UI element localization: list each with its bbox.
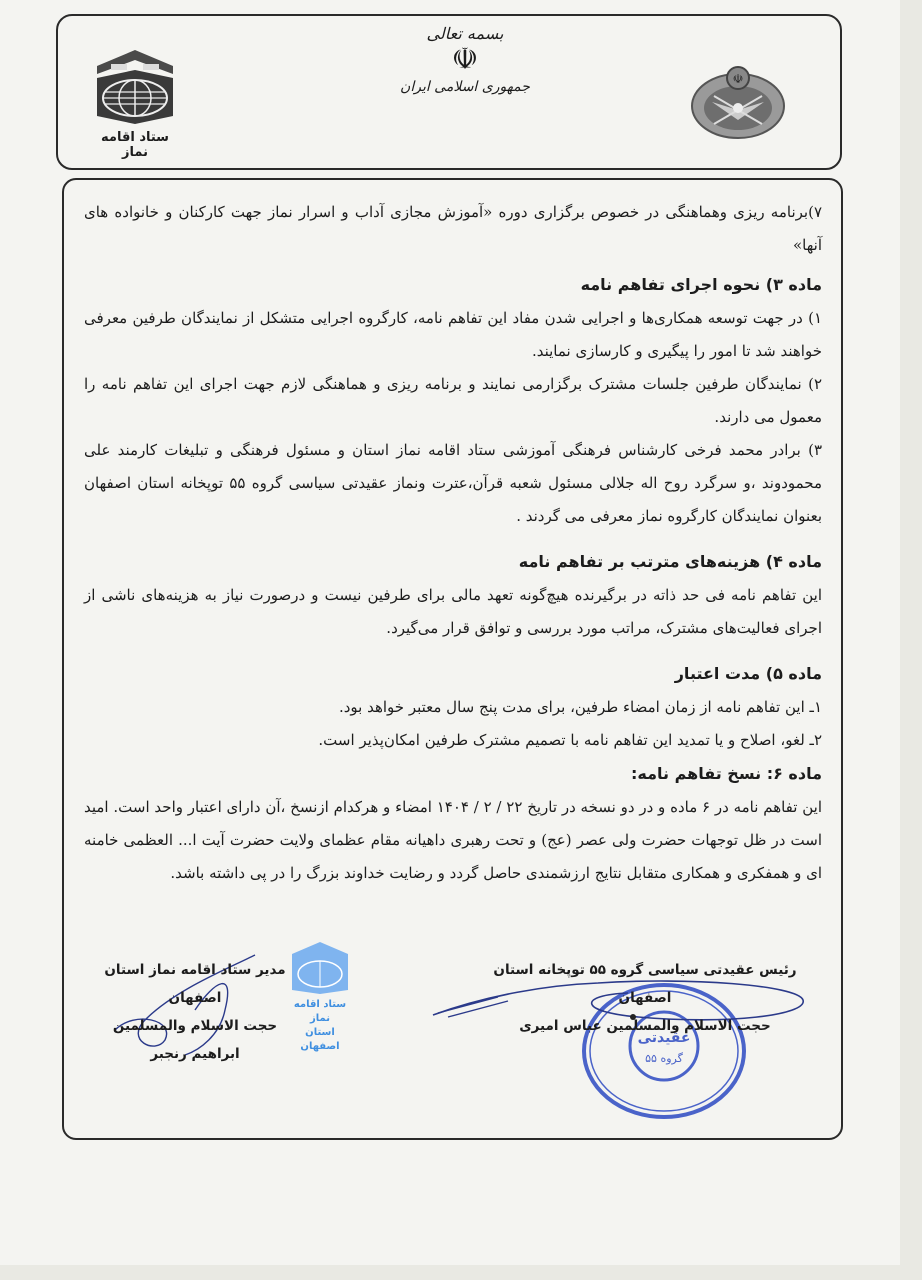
- namaz-headquarters-logo: ستاد اقامه نماز: [90, 48, 180, 160]
- article-6-text: این تفاهم نامه در ۶ ماده و در دو نسخه در…: [84, 791, 822, 890]
- svg-text:گروه ۵۵: گروه ۵۵: [645, 1052, 683, 1065]
- agreement-content: ۷)برنامه ریزی وهماهنگی در خصوص برگزاری د…: [84, 196, 822, 890]
- article-6-title: ماده ۶: نسخ تفاهم نامه:: [84, 757, 822, 791]
- article-5-clause-1: ۱ـ این تفاهم نامه از زمان امضاء طرفین، ب…: [84, 691, 822, 724]
- country-name: جمهوری اسلامی ایران: [400, 79, 530, 95]
- left-logo-caption: ستاد اقامه نماز: [90, 130, 180, 160]
- iran-emblem-icon: ☫: [400, 43, 530, 77]
- document-page: ستاد اقامه نماز بسمه تعالی ☫ جمهوری اسلا…: [0, 0, 900, 1265]
- namaz-hq-stamp-icon: [290, 940, 350, 994]
- iran-emblem-block: بسمه تعالی ☫ جمهوری اسلامی ایران: [400, 24, 530, 95]
- article-4-title: ماده ۴) هزینه‌های مترتب بر تفاهم نامه: [84, 545, 822, 579]
- bismillah-text: بسمه تعالی: [400, 24, 530, 43]
- item-7-text: ۷)برنامه ریزی وهماهنگی در خصوص برگزاری د…: [84, 196, 822, 262]
- army-signatory-title: رئیس عقیدتی سیاسی گروه ۵۵ توپخانه استان …: [470, 956, 820, 1012]
- stamp-caption-line2: استان اصفهان: [290, 1026, 350, 1054]
- signature-block-namaz-hq: مدیر ستاد اقامه نماز استان اصفهان حجت ال…: [100, 956, 290, 1068]
- namaz-hq-stamp: ستاد اقامه نماز استان اصفهان: [290, 940, 350, 1054]
- kaaba-globe-icon: [93, 48, 177, 126]
- namaz-hq-signatory-name: حجت الاسلام والمسلمین ابراهیم رنجبر: [100, 1012, 290, 1068]
- article-3-title: ماده ۳) نحوه اجرای تفاهم نامه: [84, 268, 822, 302]
- stamp-caption-line1: ستاد اقامه نماز: [290, 998, 350, 1026]
- article-3-clause-1: ۱) در جهت توسعه همکاری‌ها و اجرایی شدن م…: [84, 302, 822, 368]
- svg-text:☫: ☫: [733, 72, 744, 86]
- article-5-title: ماده ۵) مدت اعتبار: [84, 657, 822, 691]
- army-signatory-name: حجت الاسلام والمسلمین عباس امیری: [470, 1012, 820, 1040]
- article-3-clause-3: ۳) برادر محمد فرخی کارشناس فرهنگی آموزشی…: [84, 434, 822, 533]
- namaz-hq-signatory-title: مدیر ستاد اقامه نماز استان اصفهان: [100, 956, 290, 1012]
- army-emblem-icon: ☫: [688, 62, 788, 142]
- article-4-text: این تفاهم نامه فی حد ذاته در برگیرنده هی…: [84, 579, 822, 645]
- article-5-clause-2: ۲ـ لغو، اصلاح و یا تمدید این تفاهم نامه …: [84, 724, 822, 757]
- signature-block-army: رئیس عقیدتی سیاسی گروه ۵۵ توپخانه استان …: [470, 956, 820, 1040]
- article-3-clause-2: ۲) نمایندگان طرفین جلسات مشترک برگزارمی …: [84, 368, 822, 434]
